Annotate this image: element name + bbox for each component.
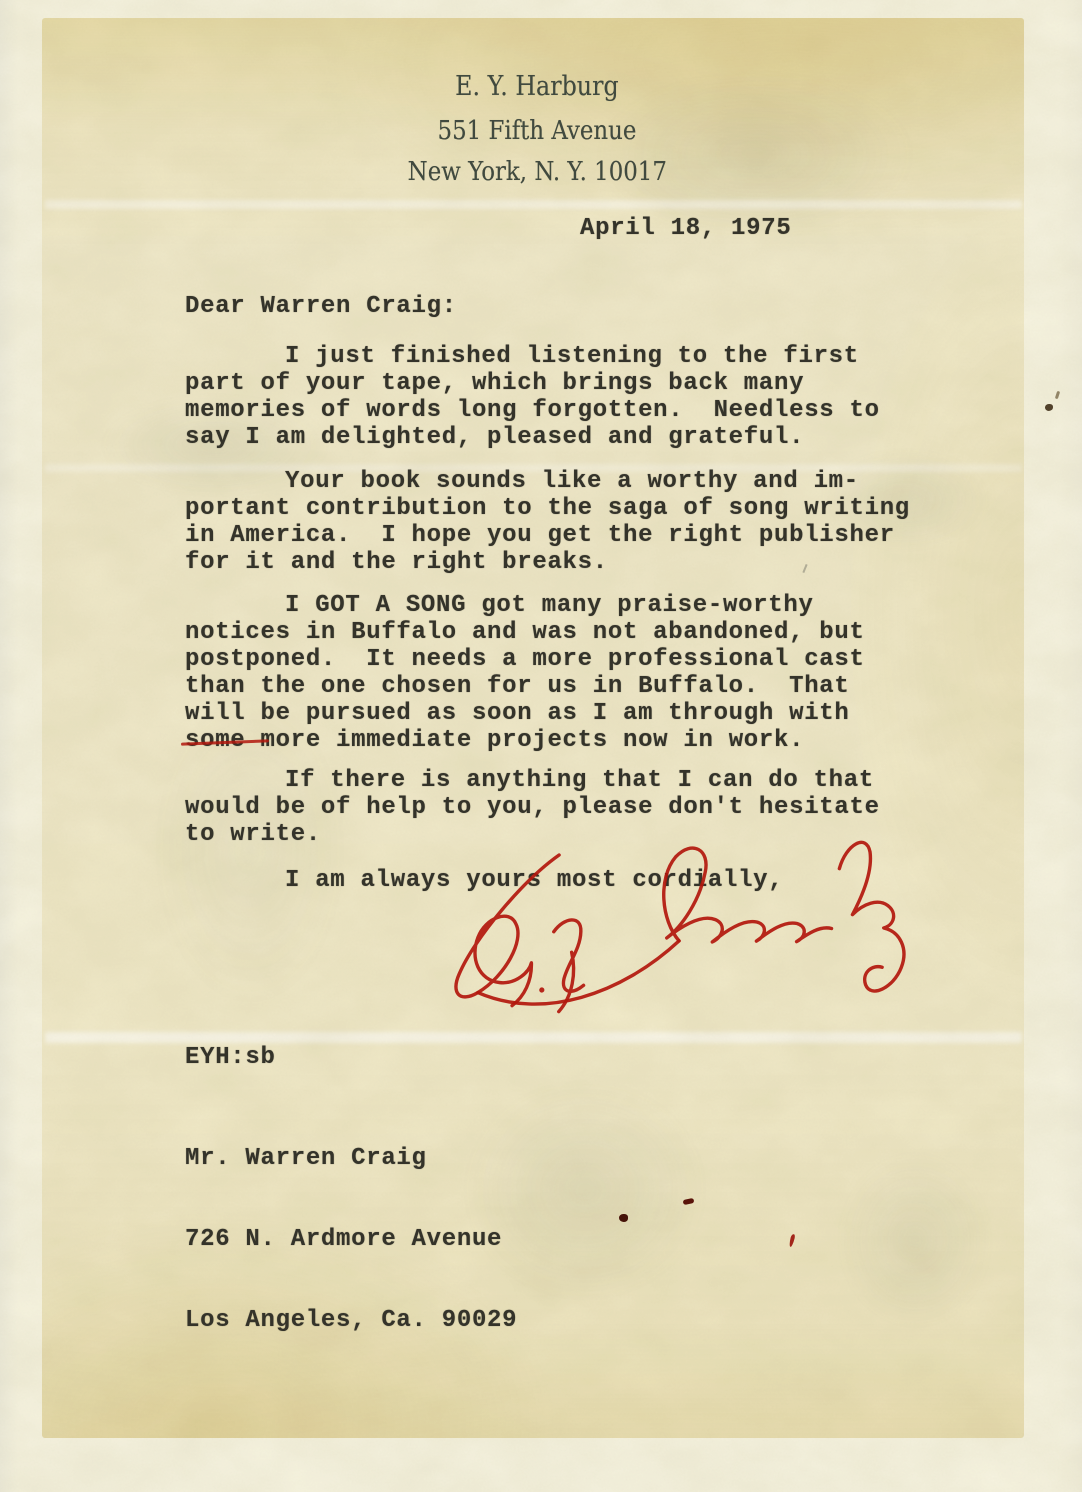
date-line: April 18, 1975 <box>580 215 791 242</box>
ink-speck <box>619 1214 628 1222</box>
scan-streak <box>45 200 1022 209</box>
paragraph-1: I just finished listening to the first p… <box>185 343 880 451</box>
bleedthrough-ghost <box>810 1120 1020 1360</box>
scan-streak <box>45 1032 1022 1043</box>
recipient-block: Mr. Warren Craig 726 N. Ardmore Avenue L… <box>185 1091 517 1388</box>
recipient-street: 726 N. Ardmore Avenue <box>185 1226 517 1253</box>
ink-speck <box>1045 404 1053 411</box>
ink-speck <box>1055 391 1060 400</box>
recipient-name: Mr. Warren Craig <box>185 1145 517 1172</box>
paragraph-3: I GOT A SONG got many praise-worthy noti… <box>185 592 865 754</box>
paragraph-3-text-before: I GOT A SONG got many praise-worthy noti… <box>185 592 865 727</box>
typist-initials: EYH:sb <box>185 1044 276 1071</box>
letter-page: E. Y. Harburg 551 Fifth Avenue New York,… <box>0 0 1082 1492</box>
recipient-city: Los Angeles, Ca. 90029 <box>185 1307 517 1334</box>
paragraph-3-text-after: more immediate projects now in work. <box>261 727 805 754</box>
letterhead-street: 551 Fifth Avenue <box>438 115 637 147</box>
letterhead: E. Y. Harburg 551 Fifth Avenue New York,… <box>187 70 887 197</box>
letterhead-name: E. Y. Harburg <box>455 70 619 104</box>
salutation: Dear Warren Craig: <box>185 293 457 320</box>
letterhead-city: New York, N. Y. 10017 <box>407 156 666 188</box>
paragraph-2: Your book sounds like a worthy and im- p… <box>185 468 910 576</box>
